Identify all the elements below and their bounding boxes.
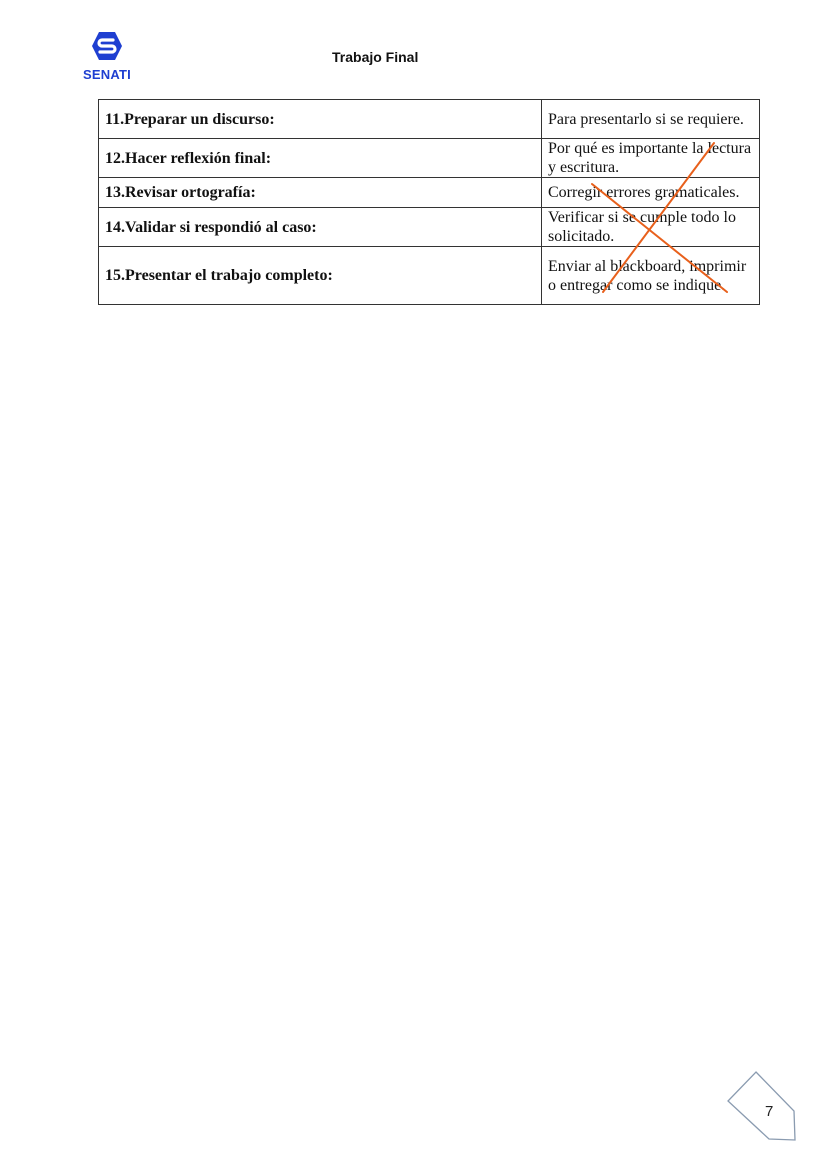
logo-text: SENATI: [79, 67, 135, 82]
step-label: 15.Presentar el trabajo completo:: [99, 247, 542, 305]
page-number-badge-icon: [726, 1070, 798, 1142]
senati-hexagon-icon: [91, 31, 123, 61]
step-label: 13.Revisar ortografía:: [99, 178, 542, 208]
step-label: 12.Hacer reflexión final:: [99, 139, 542, 178]
steps-table: 11.Preparar un discurso: Para presentarl…: [98, 99, 760, 305]
page-title: Trabajo Final: [332, 49, 418, 65]
step-description: Enviar al blackboard, imprimir o entrega…: [542, 247, 760, 305]
page-number: 7: [765, 1103, 773, 1120]
table-row: 13.Revisar ortografía: Corregir errores …: [99, 178, 760, 208]
step-description: Verificar si se cumple todo lo solicitad…: [542, 208, 760, 247]
step-description: Corregir errores gramaticales.: [542, 178, 760, 208]
senati-logo: SENATI: [79, 31, 135, 83]
table-row: 15.Presentar el trabajo completo: Enviar…: [99, 247, 760, 305]
table-row: 12.Hacer reflexión final: Por qué es imp…: [99, 139, 760, 178]
step-description: Por qué es importante la lectura y escri…: [542, 139, 760, 178]
step-description: Para presentarlo si se requiere.: [542, 100, 760, 139]
step-label: 14.Validar si respondió al caso:: [99, 208, 542, 247]
table-row: 14.Validar si respondió al caso: Verific…: [99, 208, 760, 247]
step-label: 11.Preparar un discurso:: [99, 100, 542, 139]
table-row: 11.Preparar un discurso: Para presentarl…: [99, 100, 760, 139]
